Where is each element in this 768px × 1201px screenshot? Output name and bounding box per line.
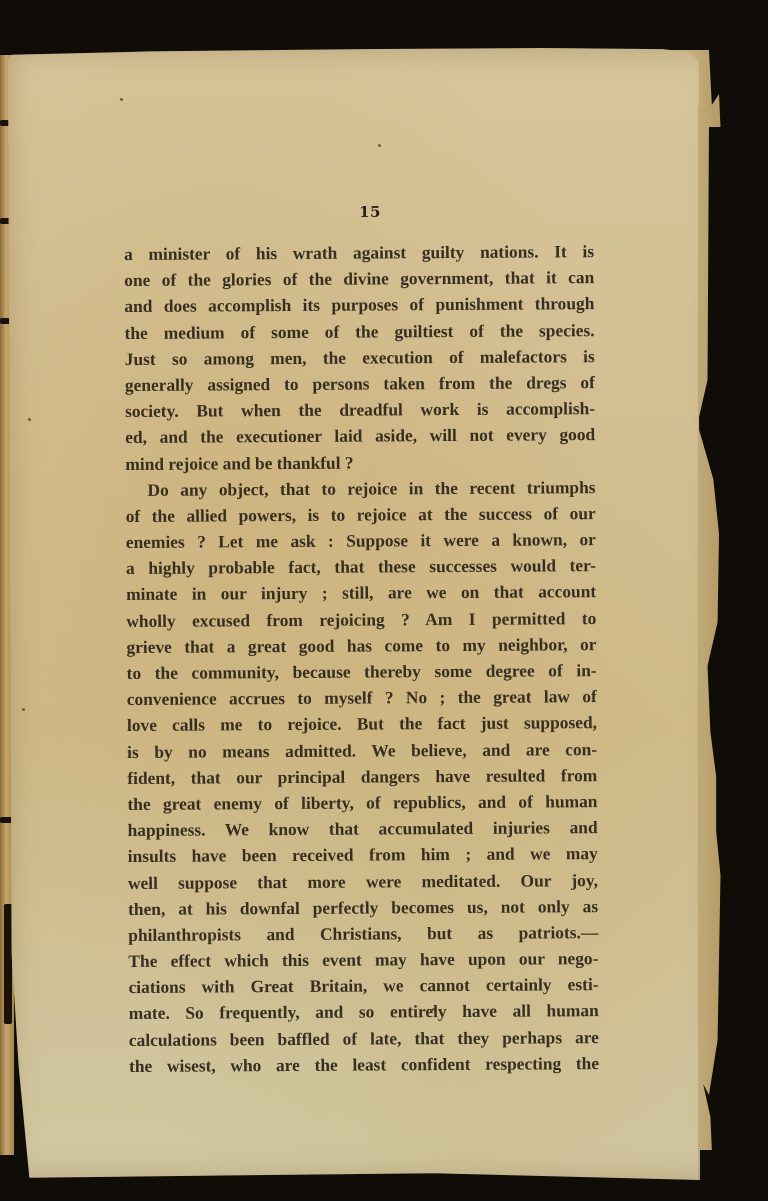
paragraph: Do any object, that to rejoice in the re… xyxy=(125,474,599,1079)
paper-speck xyxy=(120,98,123,101)
text-line: insults have been received from him ; an… xyxy=(128,840,598,869)
text-line: Do any object, that to rejoice in the re… xyxy=(125,474,595,503)
paper-speck xyxy=(28,418,31,421)
book-page: 15 a minister of his wrath against guilt… xyxy=(8,48,720,1180)
text-line: grieve that a great good has come to my … xyxy=(126,631,596,660)
text-line: mind rejoice and be thankful ? xyxy=(125,448,595,477)
text-line: happiness. We know that accumulated inju… xyxy=(128,814,598,843)
text-line: of the allied powers, is to rejoice at t… xyxy=(126,500,596,529)
text-line: enemies ? Let me ask : Suppose it were a… xyxy=(126,526,596,555)
body-text: a minister of his wrath against guilty n… xyxy=(124,238,599,1079)
text-line: love calls me to rejoice. But the fact j… xyxy=(127,709,597,738)
text-line: the medium of some of the guiltiest of t… xyxy=(124,317,594,346)
text-line: Just so among men, the execution of male… xyxy=(125,343,595,372)
text-line: to the community, because thereby some d… xyxy=(127,657,597,686)
text-line: then, at his downfal perfectly becomes u… xyxy=(128,893,598,922)
text-line: calculations been baffled of late, that … xyxy=(129,1024,599,1053)
text-line: the great enemy of liberty, of republics… xyxy=(127,788,597,817)
text-line: and does accomplish its purposes of puni… xyxy=(124,291,594,320)
paper-speck xyxy=(432,1008,435,1011)
paragraph: a minister of his wrath against guilty n… xyxy=(124,238,595,477)
text-line: the wisest, who are the least confident … xyxy=(129,1050,599,1079)
text-line: a minister of his wrath against guilty n… xyxy=(124,238,594,267)
binding-stitch xyxy=(4,904,12,1024)
text-line: philanthropists and Christians, but as p… xyxy=(128,919,598,948)
text-line: a highly probable fact, that these succe… xyxy=(126,552,596,581)
paper-speck xyxy=(378,144,381,147)
text-line: well suppose that more were meditated. O… xyxy=(128,867,598,896)
text-line: generally assigned to persons taken from… xyxy=(125,369,595,398)
scanned-page-image: 15 a minister of his wrath against guilt… xyxy=(0,0,768,1201)
text-line: The effect which this event may have upo… xyxy=(128,945,598,974)
text-line: convenience accrues to myself ? No ; the… xyxy=(127,683,597,712)
text-line: mate. So frequently, and so entirely hav… xyxy=(129,998,599,1027)
text-line: fident, that our principal dangers have … xyxy=(127,762,597,791)
text-line: ed, and the executioner laid aside, will… xyxy=(125,421,595,450)
text-line: ciations with Great Britain, we cannot c… xyxy=(128,971,598,1000)
text-line: is by no means admitted. We believe, and… xyxy=(127,736,597,765)
text-line: minate in our injury ; still, are we on … xyxy=(126,579,596,608)
text-line: society. But when the dreadful work is a… xyxy=(125,395,595,424)
page-number: 15 xyxy=(14,203,726,221)
text-line: one of the glories of the divine governm… xyxy=(124,264,594,293)
text-line: wholly excused from rejoicing ? Am I per… xyxy=(126,605,596,634)
paper-speck xyxy=(22,708,25,711)
